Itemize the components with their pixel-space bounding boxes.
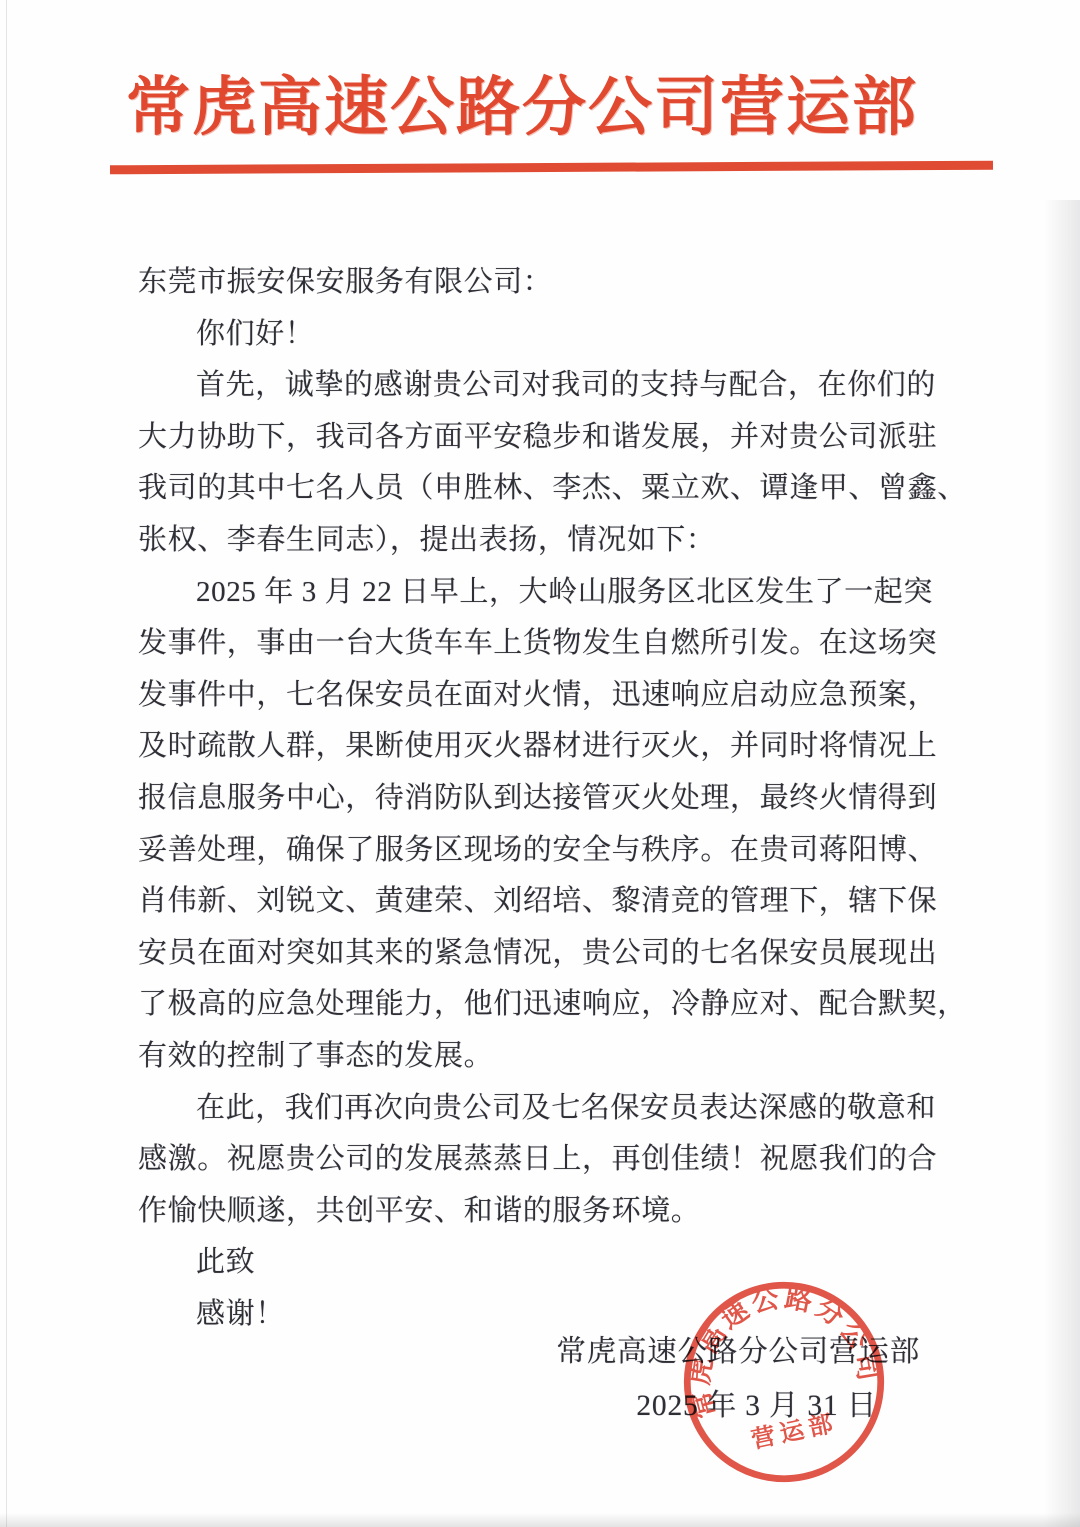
- body-line: 安员在面对突如其来的紧急情况，贵公司的七名保安员展现出: [138, 928, 967, 980]
- scan-shadow-right: [1044, 200, 1080, 1527]
- closing-line: 此致: [138, 1237, 967, 1289]
- recipient-line: 东莞市振安保安服务有限公司：: [138, 257, 967, 309]
- body-line: 及时疏散人群，果断使用灭火器材进行灭火，并同时将情况上: [138, 721, 967, 773]
- greeting-line: 你们好！: [138, 309, 967, 361]
- body-line: 首先，诚挚的感谢贵公司对我司的支持与配合，在你们的: [138, 360, 967, 412]
- scan-shadow-bottom: [0, 1513, 1080, 1527]
- body-line: 发事件，事由一台大货车车上货物发生自燃所引发。在这场突: [138, 618, 967, 670]
- body-line: 张权、李春生同志），提出表扬，情况如下：: [138, 515, 967, 567]
- body-line: 作愉快顺遂，共创平安、和谐的服务环境。: [138, 1186, 967, 1238]
- scan-artifact-line: [6, 0, 7, 1527]
- body-line: 我司的其中七名人员（申胜林、李杰、粟立欢、谭逢甲、曾鑫、: [138, 463, 967, 515]
- letterhead-rule: [110, 161, 993, 175]
- body-line: 大力协助下，我司各方面平安稳步和谐发展，并对贵公司派驻: [138, 412, 967, 464]
- letter-date: 2025 年 3 月 31 日: [636, 1382, 877, 1424]
- body-line: 发事件中，七名保安员在面对火情，迅速响应启动应急预案，: [138, 670, 967, 722]
- letter-body: 东莞市振安保安服务有限公司： 你们好！ 首先，诚挚的感谢贵公司对我司的支持与配合…: [138, 257, 967, 1340]
- body-line: 感激。祝愿贵公司的发展蒸蒸日上，再创佳绩！祝愿我们的合: [138, 1134, 967, 1186]
- body-line: 妥善处理，确保了服务区现场的安全与秩序。在贵司蒋阳博、: [138, 825, 967, 877]
- body-line: 在此，我们再次向贵公司及七名保安员表达深感的敬意和: [138, 1083, 967, 1135]
- body-line: 2025 年 3 月 22 日早上，大岭山服务区北区发生了一起突: [138, 567, 967, 619]
- body-line: 报信息服务中心，待消防队到达接管灭火处理，最终火情得到: [138, 773, 967, 825]
- body-line: 有效的控制了事态的发展。: [138, 1031, 967, 1083]
- letterhead-title: 常虎高速公路分公司营运部: [0, 56, 1062, 148]
- letter-page: 常虎高速公路分公司营运部 东莞市振安保安服务有限公司： 你们好！ 首先，诚挚的感…: [0, 0, 1080, 1527]
- body-line: 了极高的应急处理能力，他们迅速响应，冷静应对、配合默契，: [138, 979, 967, 1031]
- body-line: 肖伟新、刘锐文、黄建荣、刘绍培、黎清竞的管理下，辖下保: [138, 876, 967, 928]
- signature: 常虎高速公路分公司营运部: [556, 1328, 920, 1370]
